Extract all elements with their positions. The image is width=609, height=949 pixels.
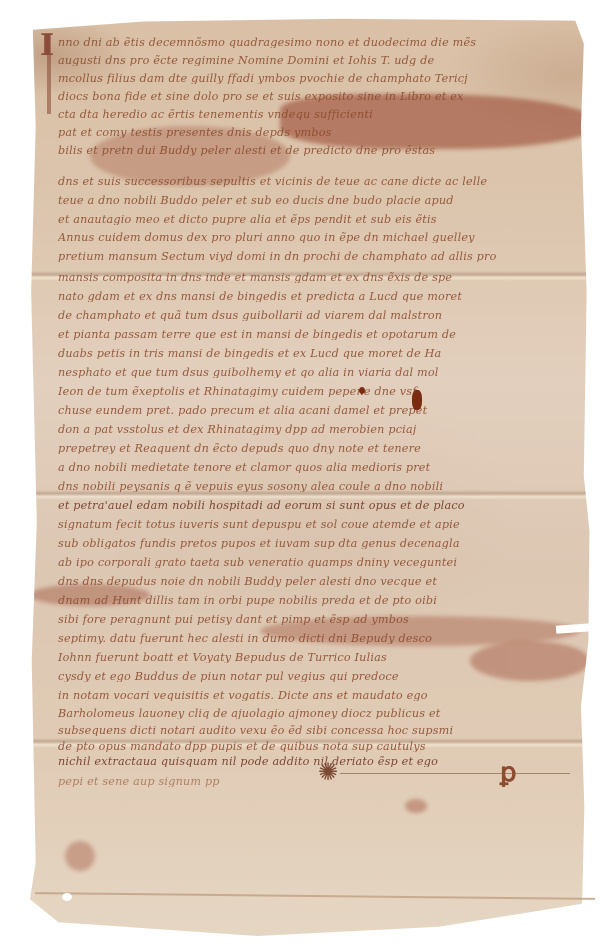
text-line: de pto opus mandato dpp pupis et de quib… [58, 741, 558, 752]
text-line: a dno nobili medietate tenore et clamor … [58, 462, 558, 473]
text-line: dns dns depudus noie dn nobili Buddy pel… [58, 576, 558, 587]
text-line: pepi et sene aup signum pp [58, 776, 258, 787]
text-line: Iohnn fuerunt boatt et Voyaty Bepudus de… [58, 652, 558, 663]
text-line: et pianta passam terre que est in mansi … [58, 329, 558, 340]
text-line: Annus cuidem domus dex pro pluri anno qu… [58, 232, 558, 243]
rosette-ornament-icon: ✺ [318, 758, 338, 786]
text-line: nno dni ab ẽtis decemnõsmo quadragesimo … [58, 37, 558, 48]
text-line: diocs bona fide et sine dolo pro se et s… [58, 91, 558, 102]
water-stain [280, 94, 600, 149]
ink-blot [359, 387, 365, 394]
signature-line [340, 773, 570, 774]
text-line: dnam ad Hunt dillis tam in orbi pupe nob… [58, 595, 558, 606]
text-line: cta dta heredio ac ẽrtis tenementis vnde… [58, 109, 558, 120]
text-line: teue a dno nobili Buddo peler et sub eo … [58, 195, 558, 206]
text-line: nichil extractaua quisquam nil pode addi… [58, 756, 538, 767]
text-line: augusti dns pro ẽcte regimine Nomine Dom… [58, 55, 558, 66]
text-line: don a pat vsstolus et dex Rhinatagimy dp… [58, 424, 558, 435]
notary-signum-icon: ꝑ [500, 758, 517, 788]
text-line: sub obligatos fundis pretos pupos et iuv… [58, 538, 558, 549]
text-line: duabs petis in tris mansi de bingedis et… [58, 348, 558, 359]
text-line: dns et suis successoribus sepultis et vi… [58, 176, 558, 187]
decorated-initial: I [40, 28, 54, 63]
text-line: in notam vocari vequisitis et vogatis. D… [58, 690, 558, 701]
text-line: sibi fore peragnunt pui petisy dant et p… [58, 614, 558, 625]
text-line: pretium mansum Sectum viyd domi in dn pr… [58, 251, 558, 262]
text-line: prepetrey et Reaquent dn ẽcto depuds quo… [58, 443, 558, 454]
text-line: subsequens dicti notari audito vexu ẽo ẽ… [58, 725, 558, 736]
text-line: mcollus filius dam dte guilly ffadi ymbo… [58, 73, 558, 84]
text-line: et petra'auel edam nobili hospitadi ad e… [58, 500, 558, 511]
ink-blot [412, 390, 422, 410]
text-line: chuse eundem pret. pado precum et alia a… [58, 405, 558, 416]
text-line: dns nobili peysanis q ẽ vepuis eyus soso… [58, 481, 558, 492]
text-line: Ieon de tum ẽxeptolis et Rhinatagimy cui… [58, 386, 558, 397]
text-line: pat et comy testis presentes dnis depds … [58, 127, 558, 138]
text-line: Barholomeus lauoney cliq de ajuolagio aj… [58, 708, 558, 719]
water-stain [65, 841, 95, 871]
text-line: bilis et pretn dui Buddy peler alesti et… [58, 145, 558, 156]
text-line: de champhato et quã tum dsus guibollarii… [58, 310, 558, 321]
text-line: ab ipo corporali grato taeta sub venerat… [58, 557, 558, 568]
parchment-hole [62, 893, 72, 901]
text-line: nato gdam et ex dns mansi de bingedis et… [58, 291, 558, 302]
water-stain [405, 799, 427, 813]
text-line: mansis composita in dns inde et mansis g… [58, 272, 558, 283]
text-line: signatum fecit totus iuveris sunt depusp… [58, 519, 558, 530]
text-line: et anautagio meo et dicto pupre alia et … [58, 214, 558, 225]
text-line: cysdy et ego Buddus de piun notar pul ve… [58, 671, 558, 682]
text-line: nesphato et que tum dsus guibolhemy et q… [58, 367, 558, 378]
text-line: septimy. datu fuerunt hec alesti in dumo… [58, 633, 558, 644]
